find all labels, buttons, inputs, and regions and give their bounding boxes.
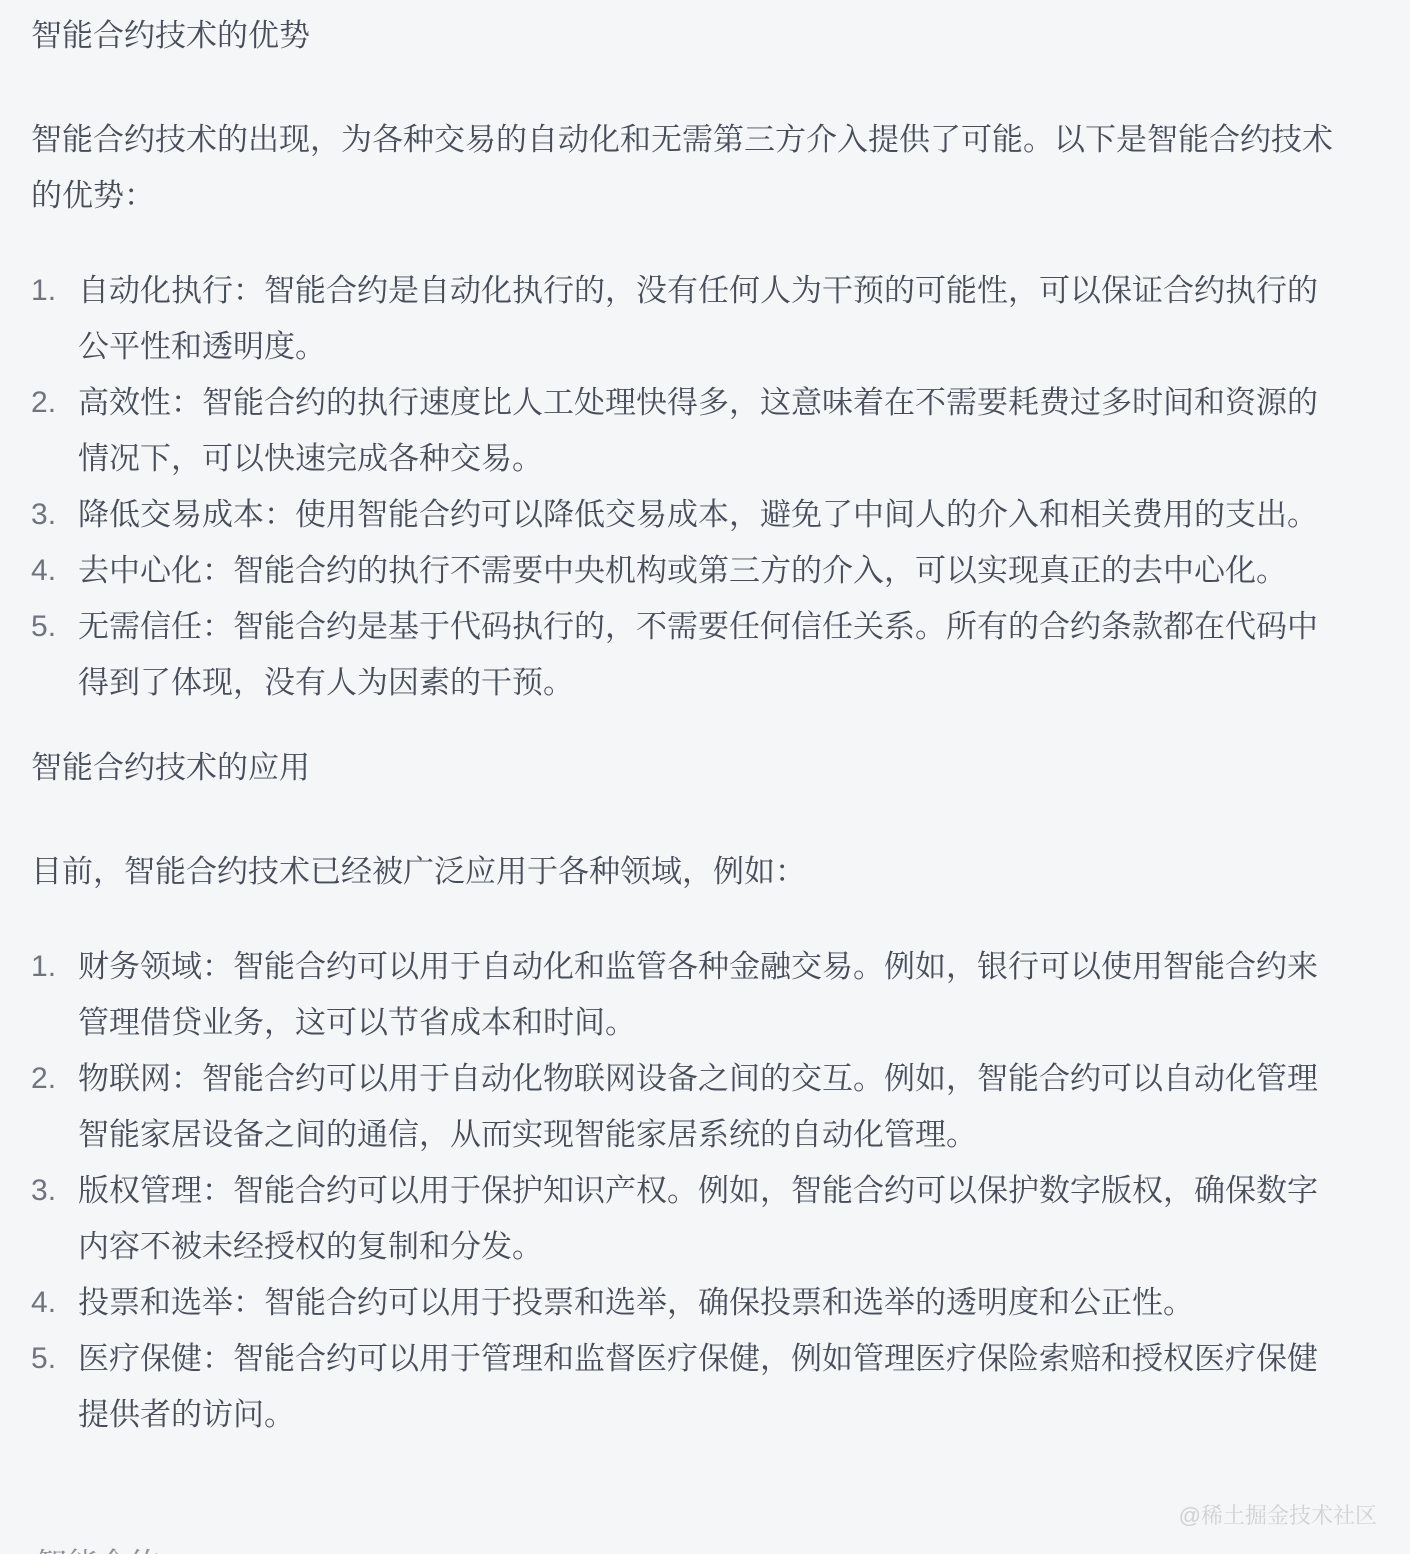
section-heading-applications: 智能合约技术的应用 xyxy=(31,746,1340,790)
applications-list: 财务领域：智能合约可以用于自动化和监管各种金融交易。例如，银行可以使用智能合约来… xyxy=(31,939,1340,1443)
list-item: 高效性：智能合约的执行速度比人工处理快得多，这意味着在不需要耗费过多时间和资源的… xyxy=(78,375,1340,487)
list-item: 降低交易成本：使用智能合约可以降低交易成本，避免了中间人的介入和相关费用的支出。 xyxy=(78,487,1340,543)
list-item: 医疗保健：智能合约可以用于管理和监督医疗保健，例如管理医疗保险索赔和授权医疗保健… xyxy=(78,1331,1340,1443)
juejin-watermark: @稀土掘金技术社区 xyxy=(1179,1502,1377,1530)
list-item: 物联网：智能合约可以用于自动化物联网设备之间的交互。例如，智能合约可以自动化管理… xyxy=(78,1051,1340,1163)
list-item: 版权管理：智能合约可以用于保护知识产权。例如，智能合约可以保护数字版权，确保数字… xyxy=(78,1163,1340,1275)
list-item: 财务领域：智能合约可以用于自动化和监管各种金融交易。例如，银行可以使用智能合约来… xyxy=(78,939,1340,1051)
clipped-next-line: 智能合约 xyxy=(36,1548,160,1554)
section-heading-advantages: 智能合约技术的优势 xyxy=(31,14,1340,58)
list-item: 投票和选举：智能合约可以用于投票和选举，确保投票和选举的透明度和公正性。 xyxy=(78,1275,1340,1331)
article-content: 智能合约技术的优势 智能合约技术的出现，为各种交易的自动化和无需第三方介入提供了… xyxy=(0,0,1410,1443)
advantages-intro-paragraph: 智能合约技术的出现，为各种交易的自动化和无需第三方介入提供了可能。以下是智能合约… xyxy=(31,112,1340,224)
list-item: 无需信任：智能合约是基于代码执行的，不需要任何信任关系。所有的合约条款都在代码中… xyxy=(78,599,1340,711)
list-item: 去中心化：智能合约的执行不需要中央机构或第三方的介入，可以实现真正的去中心化。 xyxy=(78,543,1340,599)
advantages-list: 自动化执行：智能合约是自动化执行的，没有任何人为干预的可能性，可以保证合约执行的… xyxy=(31,263,1340,711)
applications-intro-paragraph: 目前，智能合约技术已经被广泛应用于各种领域，例如： xyxy=(31,844,1340,900)
list-item: 自动化执行：智能合约是自动化执行的，没有任何人为干预的可能性，可以保证合约执行的… xyxy=(78,263,1340,375)
